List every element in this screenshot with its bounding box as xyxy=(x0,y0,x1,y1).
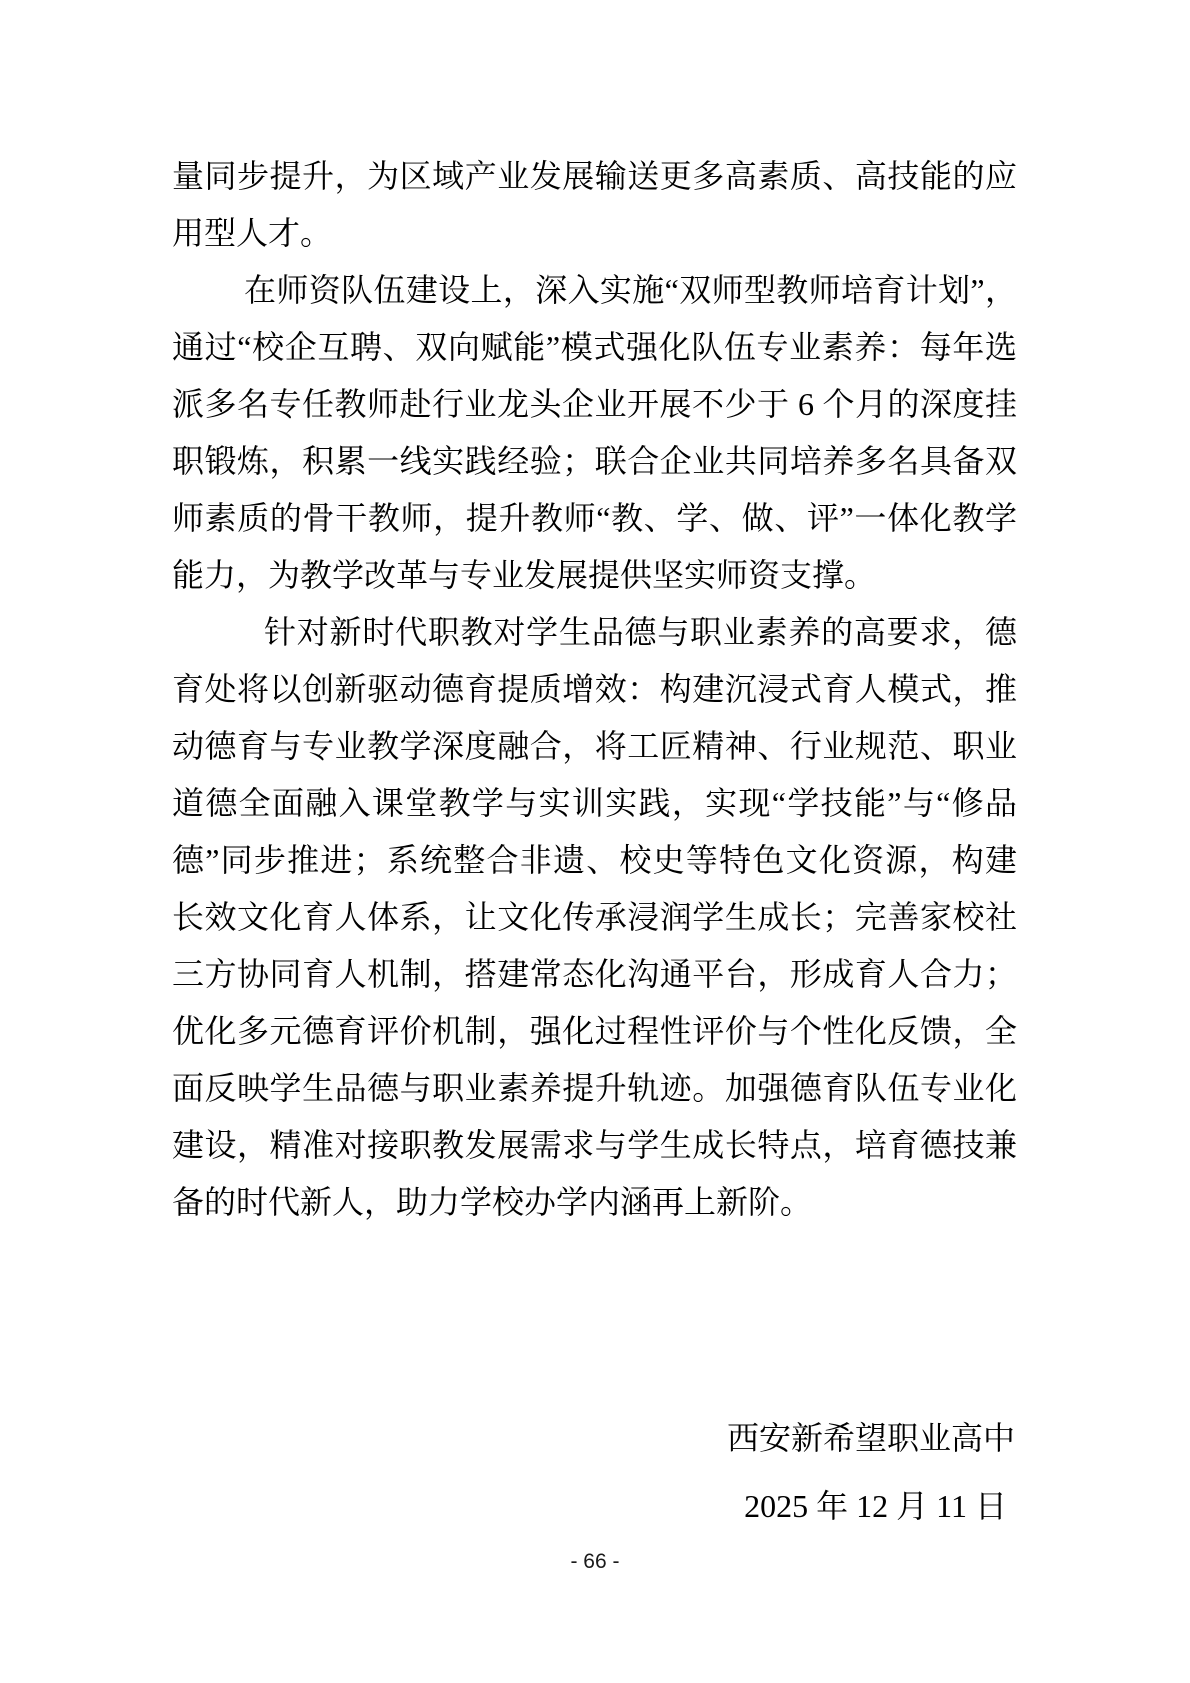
document-page: 量同步提升，为区域产业发展输送更多高素质、高技能的应用型人才。 在师资队伍建设上… xyxy=(0,0,1190,1683)
paragraph-teacher-team-building: 在师资队伍建设上，深入实施“双师型教师培育计划”，通过“校企互聘、双向赋能”模式… xyxy=(172,262,1017,604)
page-number: - 66 - xyxy=(0,1550,1190,1574)
signature-date: 2025 年 12 月 11 日 xyxy=(172,1472,1017,1540)
paragraph-continuation: 量同步提升，为区域产业发展输送更多高素质、高技能的应用型人才。 xyxy=(172,148,1017,262)
document-body: 量同步提升，为区域产业发展输送更多高素质、高技能的应用型人才。 在师资队伍建设上… xyxy=(172,148,1017,1231)
closing-block: 西安新希望职业高中 2025 年 12 月 11 日 xyxy=(172,1404,1017,1540)
signature-organization: 西安新希望职业高中 xyxy=(172,1404,1017,1472)
paragraph-moral-education: 针对新时代职教对学生品德与职业素养的高要求，德育处将以创新驱动德育提质增效：构建… xyxy=(172,604,1017,1231)
